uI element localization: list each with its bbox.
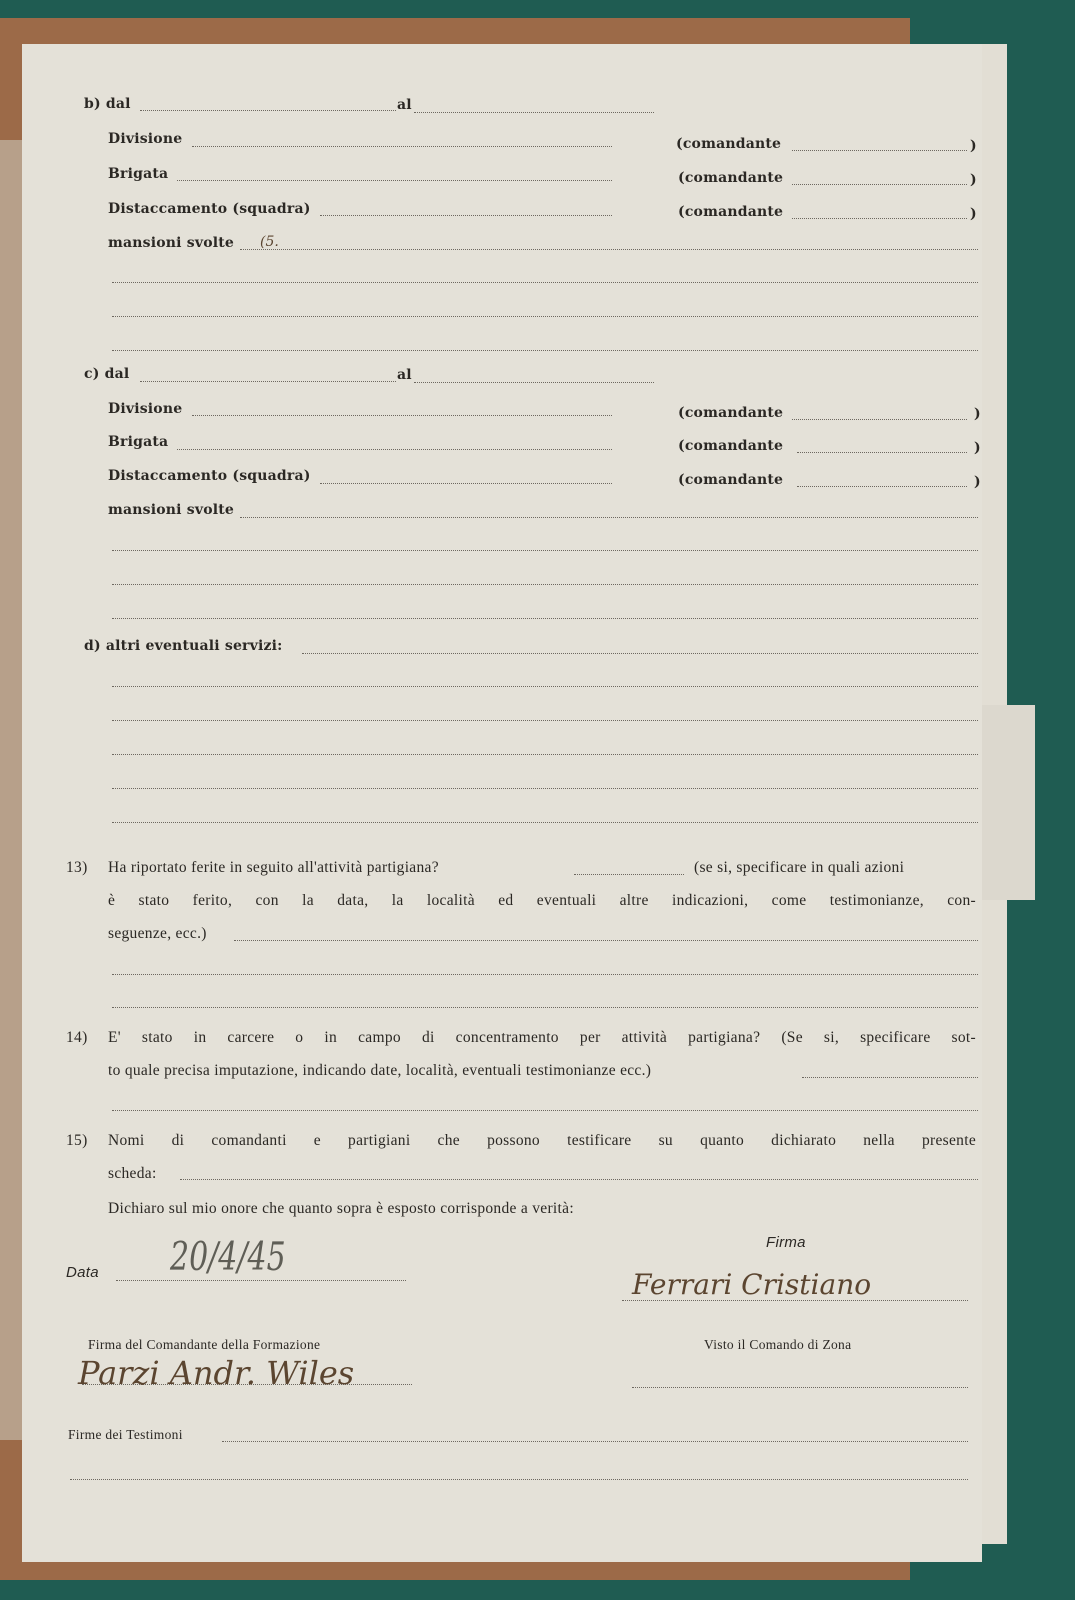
form-page: b) dal al Divisione (comandante ) Brigat… <box>22 44 982 1562</box>
c-brigata-label: Brigata <box>108 434 168 450</box>
q15-number: 15) <box>66 1132 88 1150</box>
firma-label: Firma <box>766 1234 806 1252</box>
b-divisione-label: Divisione <box>108 131 182 147</box>
paren-close: ) <box>974 406 981 422</box>
d-line-4[interactable] <box>112 754 978 755</box>
d-altri-servizi-label: d) altri eventuali servizi: <box>84 638 283 654</box>
c-dal-label: c) dal <box>84 366 129 382</box>
q15-field[interactable] <box>180 1179 978 1180</box>
q13-field-2[interactable] <box>112 974 978 975</box>
d-line-5[interactable] <box>112 788 978 789</box>
b-al-field[interactable] <box>414 112 654 113</box>
b-divisione-field[interactable] <box>192 146 612 147</box>
d-altri-servizi-field[interactable] <box>302 653 978 654</box>
comando-zona-field[interactable] <box>632 1387 968 1388</box>
q14-number: 14) <box>66 1029 88 1047</box>
b-mansioni-value: (5. <box>260 234 279 250</box>
c-distaccamento-label: Distaccamento (squadra) <box>108 468 311 484</box>
c-brigata-field[interactable] <box>177 449 612 450</box>
q15-text-1: Nomi di comandanti e partigiani che poss… <box>108 1132 976 1150</box>
c-comandante-2-label: (comandante <box>678 438 783 454</box>
d-line-2[interactable] <box>112 686 978 687</box>
b-dal-label: b) dal <box>84 96 131 112</box>
q13-answer-field[interactable] <box>574 874 684 875</box>
comandante-signature: Parzi Andr. Wiles <box>78 1354 354 1392</box>
b-mansioni-line-2[interactable] <box>112 282 978 283</box>
data-value: 20/4/45 <box>170 1235 286 1281</box>
b-mansioni-line-4[interactable] <box>112 350 978 351</box>
b-comandante-1-field[interactable] <box>792 150 967 151</box>
comandante-formazione-label: Firma del Comandante della Formazione <box>88 1336 320 1354</box>
c-al-field[interactable] <box>414 382 654 383</box>
c-mansioni-field[interactable] <box>240 517 978 518</box>
b-brigata-field[interactable] <box>177 180 612 181</box>
c-comandante-3-label: (comandante <box>678 472 783 488</box>
declaration-text: Dichiaro sul mio onore che quanto sopra … <box>108 1200 574 1218</box>
testimoni-label: Firme dei Testimoni <box>68 1426 183 1444</box>
c-mansioni-line-4[interactable] <box>112 618 978 619</box>
q14-field-2[interactable] <box>112 1110 978 1111</box>
q15-text-2: scheda: <box>108 1165 157 1183</box>
b-comandante-2-label: (comandante <box>678 170 783 186</box>
b-mansioni-line-3[interactable] <box>112 316 978 317</box>
c-comandante-2-field[interactable] <box>797 452 967 453</box>
b-mansioni-label: mansioni svolte <box>108 235 234 251</box>
d-line-6[interactable] <box>112 822 978 823</box>
paren-close: ) <box>970 138 977 154</box>
b-comandante-1-label: (comandante <box>676 136 781 152</box>
q13-text-1b: (se si, specificare in quali azioni <box>694 859 904 877</box>
q13-text-3: seguenze, ecc.) <box>108 925 207 943</box>
c-comandante-3-field[interactable] <box>797 486 967 487</box>
c-mansioni-label: mansioni svolte <box>108 502 234 518</box>
firma-signature: Ferrari Cristiano <box>632 1268 871 1301</box>
q14-text-1: E' stato in carcere o in campo di concen… <box>108 1029 976 1047</box>
q13-field-3[interactable] <box>112 1007 978 1008</box>
q13-text-1: Ha riportato ferite in seguito all'attiv… <box>108 859 439 877</box>
b-distaccamento-field[interactable] <box>320 215 612 216</box>
c-divisione-field[interactable] <box>192 415 612 416</box>
b-mansioni-field[interactable] <box>240 249 978 250</box>
b-al-label: al <box>397 97 412 113</box>
data-label: Data <box>66 1264 99 1282</box>
b-distaccamento-label: Distaccamento (squadra) <box>108 201 311 217</box>
testimoni-field-2[interactable] <box>70 1479 968 1480</box>
c-comandante-1-label: (comandante <box>678 405 783 421</box>
paren-close: ) <box>970 172 977 188</box>
c-mansioni-line-3[interactable] <box>112 584 978 585</box>
paren-close: ) <box>970 206 977 222</box>
b-dal-field[interactable] <box>140 110 396 111</box>
testimoni-field-1[interactable] <box>222 1441 968 1442</box>
comando-zona-label: Visto il Comando di Zona <box>704 1336 851 1354</box>
q13-field-1[interactable] <box>234 940 978 941</box>
q13-number: 13) <box>66 859 88 877</box>
c-distaccamento-field[interactable] <box>320 483 612 484</box>
q13-text-2: è stato ferito, con la data, la località… <box>108 892 976 910</box>
c-comandante-1-field[interactable] <box>792 419 967 420</box>
b-brigata-label: Brigata <box>108 166 168 182</box>
c-dal-field[interactable] <box>140 381 396 382</box>
page-edge-strip <box>0 140 22 1440</box>
c-divisione-label: Divisione <box>108 401 182 417</box>
c-al-label: al <box>397 367 412 383</box>
b-comandante-3-label: (comandante <box>678 204 783 220</box>
d-line-3[interactable] <box>112 720 978 721</box>
b-comandante-3-field[interactable] <box>792 218 967 219</box>
paren-close: ) <box>974 474 981 490</box>
q14-text-2: to quale precisa imputazione, indicando … <box>108 1062 651 1080</box>
b-comandante-2-field[interactable] <box>792 184 967 185</box>
q14-field-1[interactable] <box>802 1077 978 1078</box>
c-mansioni-line-2[interactable] <box>112 550 978 551</box>
paren-close: ) <box>974 440 981 456</box>
